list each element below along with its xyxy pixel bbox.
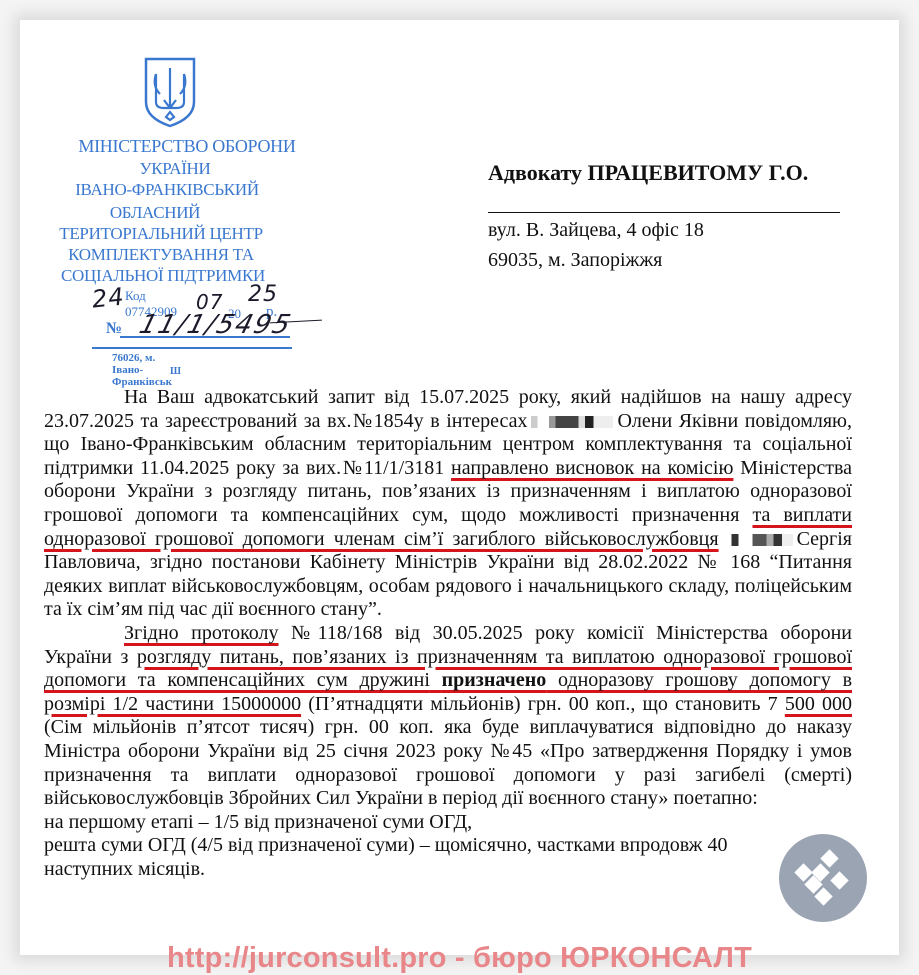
addressee-street: вул. В. Зайцева, 4 офіс 18 [488,217,840,243]
stamp-line: ТЕРИТОРІАЛЬНИЙ ЦЕНТР [0,224,326,244]
text: (Сім мільйонів п’ятсот тисяч) грн. 00 ко… [44,716,852,809]
addressee-rule [488,212,840,213]
stage-3-line: наступних місяців. [44,858,852,882]
site-badge[interactable] [779,834,867,922]
stamp-address: 76026, м. Івано-Франківськ [112,352,172,388]
handwritten-day: 24 [91,282,126,313]
document-page: МІНІСТЕРСТВО ОБОРОНИ УКРАЇНИ ІВАНО-ФРАНК… [20,20,899,955]
stamp-line: ІВАНО-ФРАНКІВСЬКИЙ [2,180,332,200]
stamp-line: МІНІСТЕРСТВО ОБОРОНИ [22,136,352,157]
stamp-line: УКРАЇНИ [10,159,340,179]
addressee-name: Адвокату ПРАЦЕВИТОМУ Г.О. [488,160,840,186]
addressee-city: 69035, м. Запоріжжя [488,247,840,273]
stamp-rule [92,347,292,349]
bold-text: призначено [442,669,547,691]
paragraph-2: Згідно протоколу №118/168 від 30.05.2025… [44,622,852,811]
puzzle-grid-icon [793,848,853,908]
addressee-block: Адвокату ПРАЦЕВИТОМУ Г.О. вул. В. Зайцев… [488,160,840,273]
stamp-sub: Ш [170,366,181,377]
trident-icon [142,56,198,128]
watermark-link[interactable]: http://jurconsult.pro - бюро ЮРКОНСАЛТ [0,942,919,975]
stamp-line: СОЦІАЛЬНОЇ ПІДТРИМКИ [0,266,328,286]
highlighted-text: 500 000 [785,693,852,715]
stamp-line: ОБЛАСНИЙ [0,203,320,223]
redacted-surname-applicant [531,416,613,428]
text: (П’ятнадцяти мільйонів) грн. 00 коп., що… [308,693,777,715]
stage-1-line: на першому етапі – 1/5 від призначеної с… [44,811,852,835]
stage-2-line: решта суми ОГД (4/5 від призначеної суми… [44,834,852,858]
handwritten-number: 11/1/5495 [136,310,295,340]
paragraph-1: На Ваш адвокатський запит від 15.07.2025… [44,386,852,622]
redacted-surname-serviceman [723,534,793,546]
handwritten-year: 25 [248,282,278,307]
stamp-line: КОМПЛЕКТУВАННЯ ТА [0,245,326,265]
letter-body: На Ваш адвокатський запит від 15.07.2025… [44,386,852,881]
highlighted-text: Згідно протоколу [124,622,279,644]
highlighted-text: направлено висновок на комісію [451,457,733,479]
